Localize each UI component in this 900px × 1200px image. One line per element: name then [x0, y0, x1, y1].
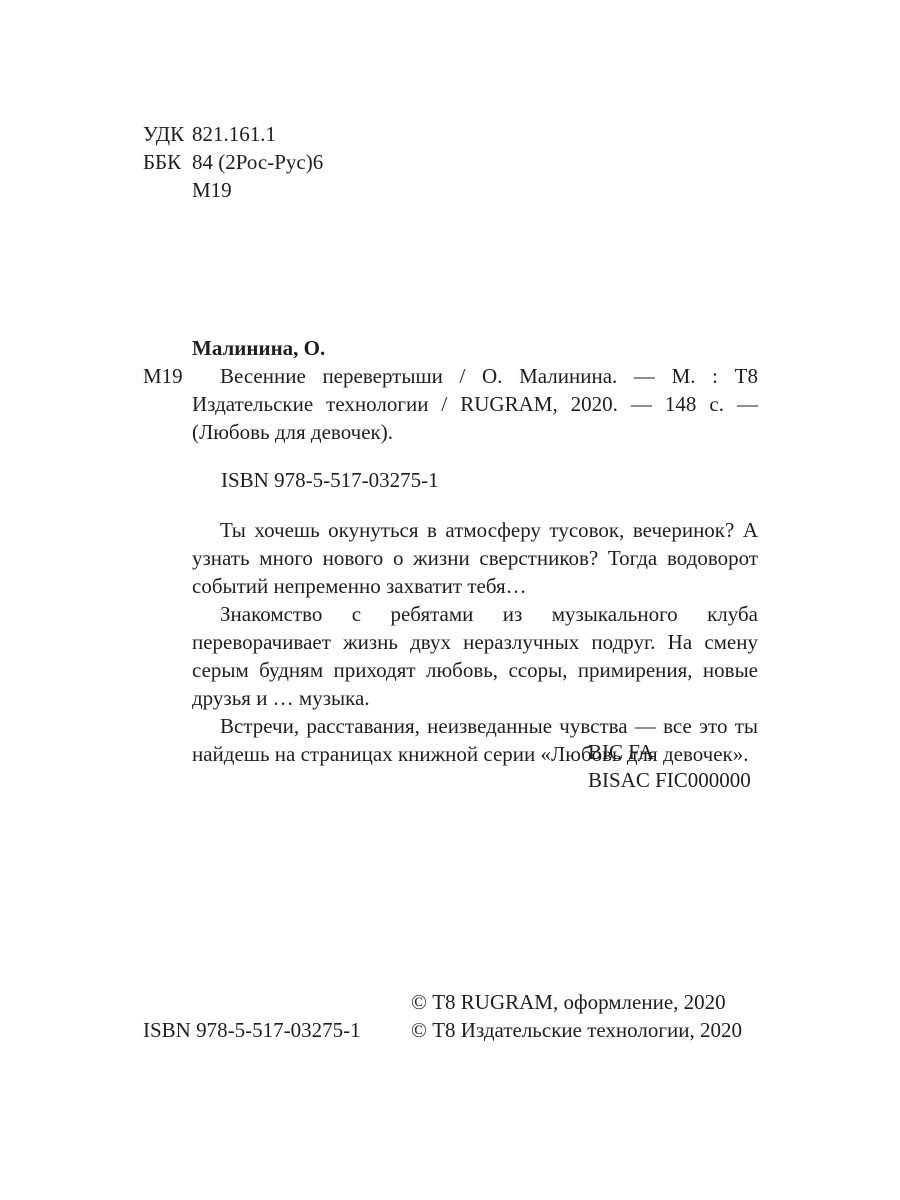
bbk-value: 84 (2Рос-Рус)6 — [192, 148, 323, 176]
annotation: Ты хочешь окунуться в атмосферу тусовок,… — [192, 516, 758, 768]
udk-value: 821.161.1 — [192, 120, 276, 148]
udk-label: УДК — [143, 120, 184, 148]
annotation-paragraph: Знакомство с ребятами из музыкального кл… — [192, 600, 758, 712]
author-heading: Малинина, О. — [192, 334, 325, 362]
isbn: ISBN 978-5-517-03275-1 — [221, 466, 439, 494]
footer-isbn: ISBN 978-5-517-03275-1 — [143, 1016, 361, 1044]
author-sign: М19 — [192, 176, 232, 204]
copyright-design: © Т8 RUGRAM, оформление, 2020 — [411, 988, 726, 1016]
bibliographic-description: Весенние перевертыши / О. Малинина. — М.… — [192, 362, 758, 446]
bbk-label: ББК — [143, 148, 181, 176]
copyright-publisher: © Т8 Издательские технологии, 2020 — [411, 1016, 742, 1044]
annotation-paragraph: Ты хочешь окунуться в атмосферу тусовок,… — [192, 516, 758, 600]
bic-code: BIC FA — [588, 738, 654, 766]
annotation-paragraph: Встречи, расставания, неизведанные чувст… — [192, 712, 758, 768]
card-author-sign: М19 — [143, 362, 183, 390]
bisac-code: BISAC FIC000000 — [588, 766, 751, 794]
description-text: Весенние перевертыши / О. Малинина. — М.… — [192, 362, 758, 446]
